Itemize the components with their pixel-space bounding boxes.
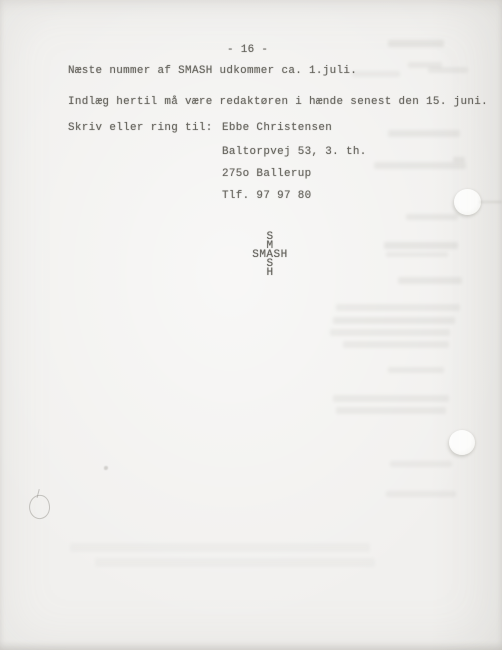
ghost-bleedthrough-line: [384, 242, 458, 249]
ghost-bleedthrough-line: [388, 130, 460, 137]
ghost-bleedthrough-line: [388, 40, 444, 47]
ghost-bleedthrough-line: [333, 395, 449, 402]
ink-speck: [104, 466, 108, 470]
contact-name: Ebbe Christensen: [222, 122, 332, 135]
ghost-bleedthrough-line: [352, 71, 400, 77]
body-line-deadline: Indlæg hertil må være redaktøren i hænde…: [68, 96, 488, 109]
ghost-bleedthrough-line: [406, 214, 458, 220]
ghost-bleedthrough-line: [390, 461, 452, 467]
body-line-next-issue: Næste nummer af SMASH udkommer ca. 1.jul…: [68, 65, 357, 78]
scanned-page: - 16 - Næste nummer af SMASH udkommer ca…: [0, 0, 502, 650]
contact-city: 275o Ballerup: [222, 168, 312, 181]
page-number: - 16 -: [227, 44, 268, 57]
contact-intro-label: Skriv eller ring til:: [68, 122, 213, 135]
ghost-bleedthrough-line: [428, 67, 468, 73]
hole-punch-top: [454, 189, 481, 215]
ghost-bleedthrough-line: [336, 407, 446, 414]
ghost-bleedthrough-line: [398, 277, 462, 284]
ghost-bleedthrough-line: [386, 252, 448, 257]
ghost-bleedthrough-line: [386, 491, 456, 497]
ghost-bleedthrough-line: [408, 62, 442, 68]
hole-punch-bottom: [449, 430, 475, 455]
ghost-bleedthrough-line: [95, 558, 375, 567]
contact-phone: Tlf. 97 97 80: [222, 190, 312, 203]
ghost-bleedthrough-line: [388, 367, 444, 373]
scan-streak: [480, 201, 502, 203]
ghost-bleedthrough-line: [336, 304, 460, 311]
ghost-bleedthrough-line: [333, 317, 455, 324]
ghost-bleedthrough-line: [374, 162, 466, 169]
ghost-bleedthrough-line: [343, 341, 449, 348]
ghost-bleedthrough-line: [453, 157, 465, 162]
smash-cross-logo: S M SMASH S H: [235, 233, 305, 278]
ghost-bleedthrough-line: [70, 543, 370, 552]
pencil-mark: [27, 493, 52, 520]
smash-logo-row: H: [235, 269, 305, 278]
ghost-bleedthrough-line: [330, 329, 450, 336]
contact-street: Baltorpvej 53, 3. th.: [222, 146, 367, 159]
